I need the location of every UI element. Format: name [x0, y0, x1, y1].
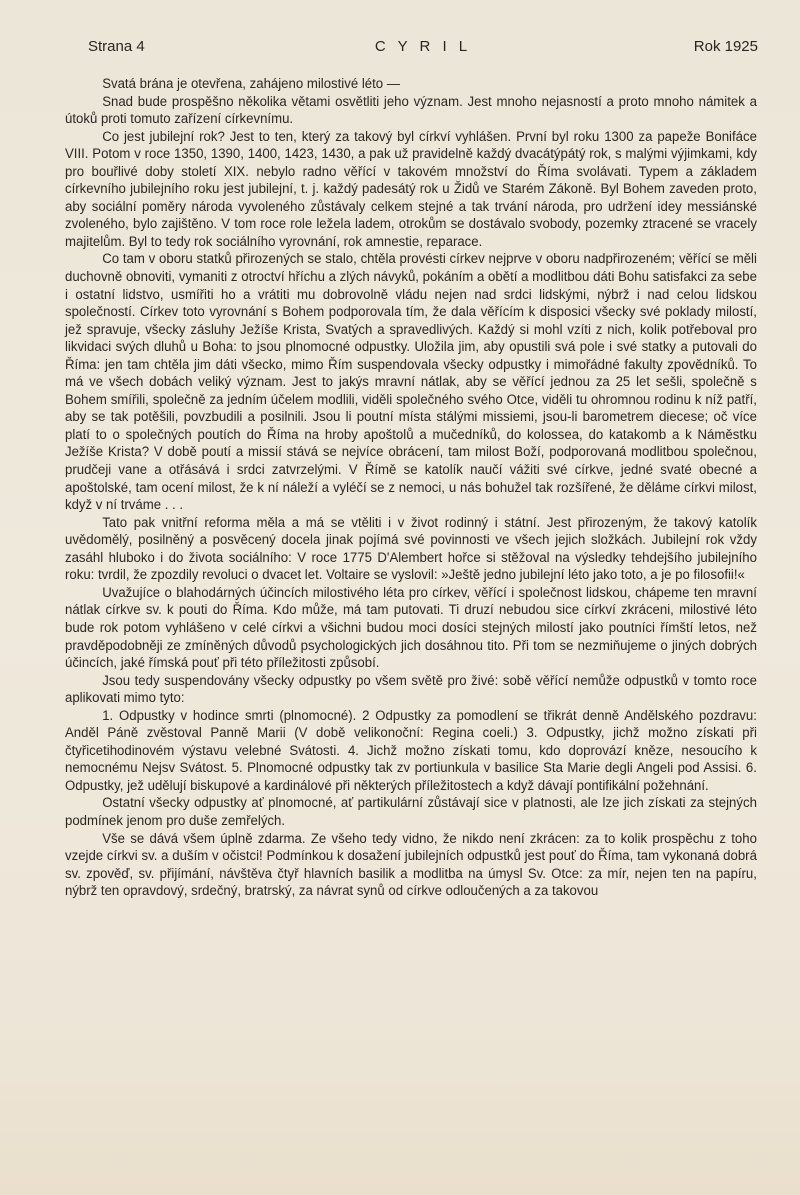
document-page: Strana 4 C Y R I L Rok 1925 Svatá brána … — [0, 0, 800, 1195]
paragraph: Uvažujíce o blahodárných účincích milost… — [65, 585, 757, 673]
paragraph: Jsou tedy suspendovány všecky odpustky p… — [65, 673, 757, 708]
paragraph: Co tam v oboru statků přirozených se sta… — [65, 251, 757, 514]
paragraph: Vše se dává všem úplně zdarma. Ze všeho … — [65, 831, 757, 901]
paragraph: Co jest jubilejní rok? Jest to ten, kter… — [65, 129, 757, 252]
publication-year: Rok 1925 — [694, 38, 758, 55]
paragraph: Ostatní všecky odpustky ať plnomocné, ať… — [65, 795, 757, 830]
paragraph: Tato pak vnitřní reforma měla a má se vt… — [65, 515, 757, 585]
numbered-list-paragraph: 1. Odpustky v hodince smrti (plnomocné).… — [65, 708, 757, 796]
paragraph: Snad bude prospěšno několika větami osvě… — [65, 94, 757, 129]
publication-title: C Y R I L — [88, 38, 758, 55]
page-header: Strana 4 C Y R I L Rok 1925 — [88, 38, 758, 62]
paragraph: Svatá brána je otevřena, zahájeno milost… — [65, 76, 757, 94]
article-body: Svatá brána je otevřena, zahájeno milost… — [65, 76, 757, 901]
